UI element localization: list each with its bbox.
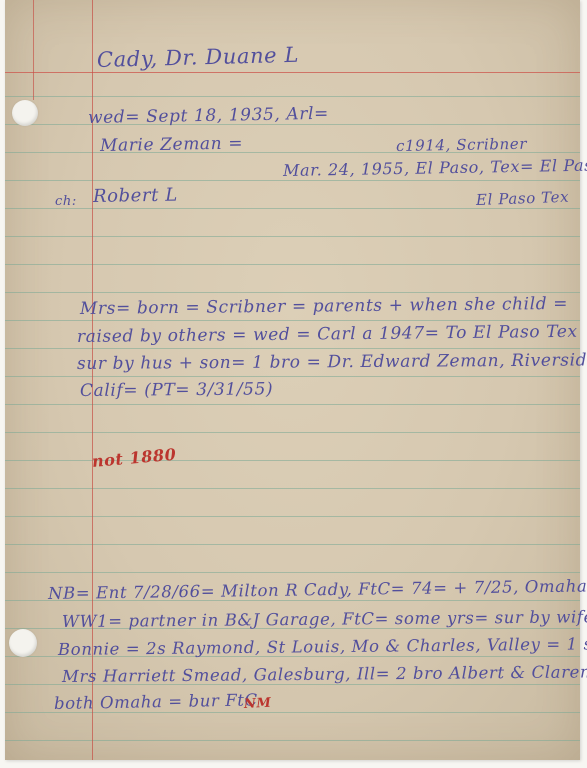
red-initials-mark: NM	[244, 696, 272, 712]
children-label: ch:	[55, 194, 77, 209]
scanned-notebook-page: Cady, Dr. Duane L wed= Sept 18, 1935, Ar…	[0, 0, 587, 768]
spouse-name: Marie Zeman =	[100, 134, 243, 156]
bio-line: sur by hus + son= 1 bro = Dr. Edward Zem…	[77, 350, 587, 374]
child-name: Robert L	[93, 185, 178, 207]
punch-hole-bottom	[9, 629, 37, 657]
spouse-birth-note: c1914, Scribner	[396, 135, 527, 155]
marriage-line: wed= Sept 18, 1935, Arl=	[88, 104, 329, 128]
burial-place-note: El Paso Tex	[476, 188, 570, 209]
upper-left-margin-line	[33, 0, 34, 100]
punch-hole-top	[12, 100, 38, 126]
nb-note-line: both Omaha = bur FtC	[54, 690, 258, 713]
bio-line: Calif= (PT= 3/31/55)	[80, 379, 273, 401]
